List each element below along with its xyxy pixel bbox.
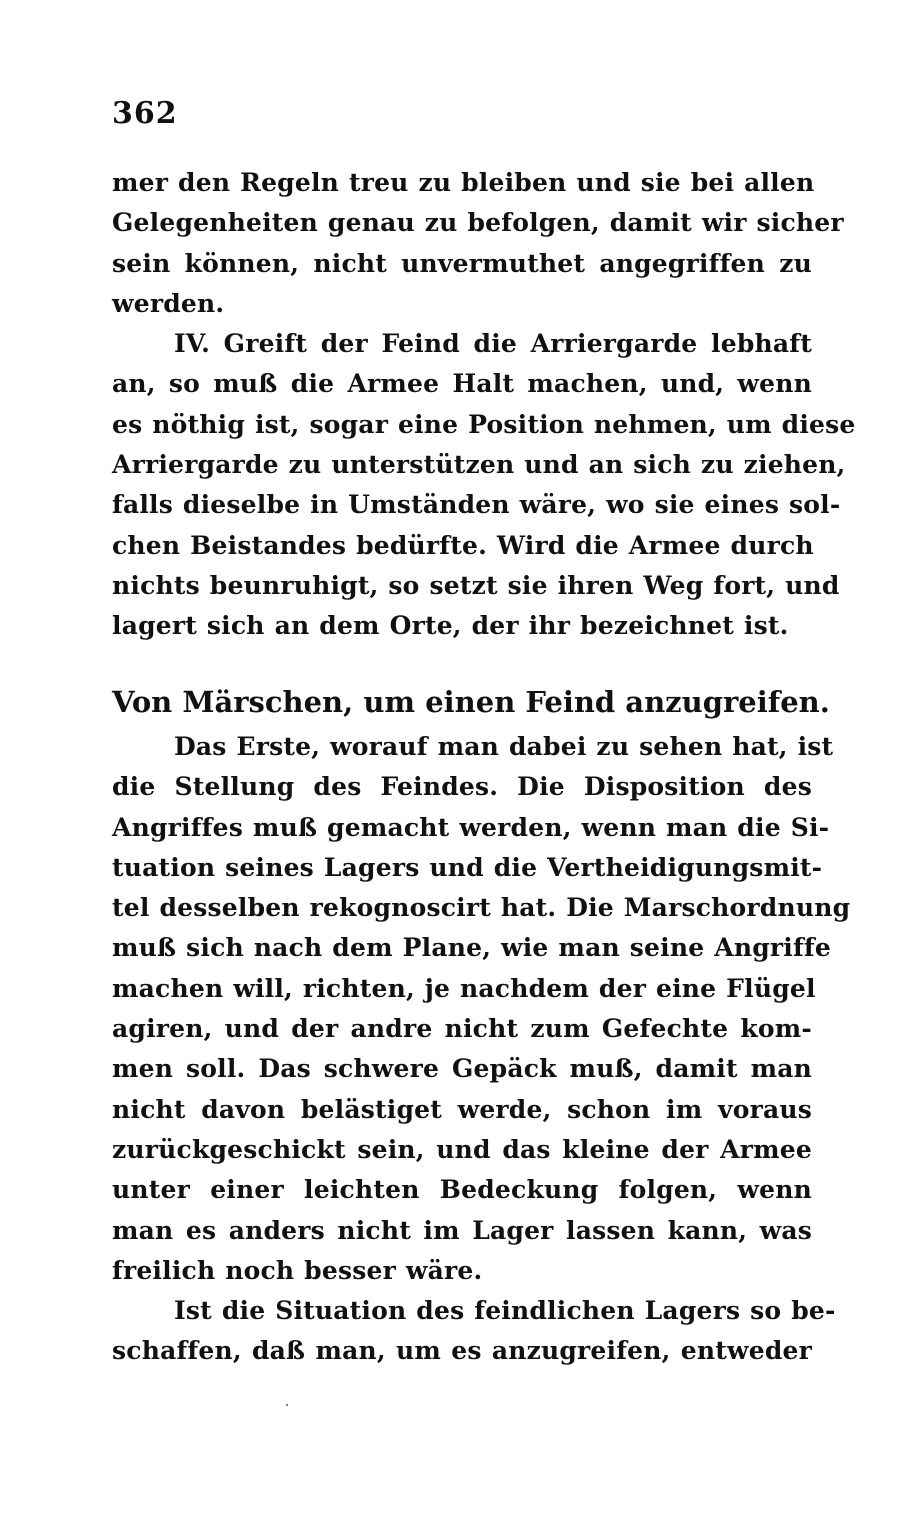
text-line: man es anders nicht im Lager lassen kann… (112, 1211, 812, 1251)
text-line: men soll. Das schwere Gepäck muß, damit … (112, 1049, 812, 1089)
text-line-section-iv-start: IV. Greift der Feind die Arriergarde leb… (112, 324, 812, 364)
text-line: die Stellung des Feindes. Die Dispositio… (112, 767, 812, 807)
text-line: zurückgeschickt sein, und das kleine der… (112, 1130, 812, 1170)
text-line: machen will, richten, je nachdem der ein… (112, 969, 812, 1009)
text-line: chen Beistandes bedürfte. Wird die Armee… (112, 526, 812, 566)
text-line: muß sich nach dem Plane, wie man seine A… (112, 928, 812, 968)
paragraph-block-marches: Das Erste, worauf man dabei zu sehen hat… (112, 727, 812, 1372)
section-heading: Von Märschen, um einen Feind anzugreifen… (112, 680, 812, 724)
text-line: tel desselben rekognoscirt hat. Die Mars… (112, 888, 812, 928)
paragraph-block-rules: mer den Regeln treu zu bleiben und sie b… (112, 163, 812, 647)
book-page: 362 mer den Regeln treu zu bleiben und s… (0, 0, 900, 1537)
text-line: unter einer leichten Bedeckung folgen, w… (112, 1170, 812, 1210)
text-line: mer den Regeln treu zu bleiben und sie b… (112, 163, 812, 203)
text-line: tuation seines Lagers und die Vertheidig… (112, 848, 812, 888)
page-number: 362 (112, 96, 178, 132)
text-line: schaffen, daß man, um es anzugreifen, en… (112, 1331, 812, 1371)
text-line: sein können, nicht unvermuthet angegriff… (112, 244, 812, 284)
text-line: nichts beunruhigt, so setzt sie ihren We… (112, 566, 812, 606)
text-line-paragraph-start: Das Erste, worauf man dabei zu sehen hat… (112, 727, 812, 767)
text-line: Arriergarde zu unterstützen und an sich … (112, 445, 812, 485)
text-line: es nöthig ist, sogar eine Position nehme… (112, 405, 812, 445)
text-line: freilich noch besser wäre. (112, 1251, 812, 1291)
text-line-paragraph-start: Ist die Situation des feindlichen Lagers… (112, 1291, 812, 1331)
text-line: werden. (112, 284, 812, 324)
text-line: falls dieselbe in Umständen wäre, wo sie… (112, 485, 812, 525)
paper-speck (286, 1404, 288, 1406)
text-line: Gelegenheiten genau zu befolgen, damit w… (112, 203, 812, 243)
text-line: agiren, und der andre nicht zum Gefechte… (112, 1009, 812, 1049)
text-line: nicht davon belästiget werde, schon im v… (112, 1090, 812, 1130)
text-line: lagert sich an dem Orte, der ihr bezeich… (112, 606, 812, 646)
text-line: an, so muß die Armee Halt machen, und, w… (112, 364, 812, 404)
text-line: Angriffes muß gemacht werden, wenn man d… (112, 808, 812, 848)
